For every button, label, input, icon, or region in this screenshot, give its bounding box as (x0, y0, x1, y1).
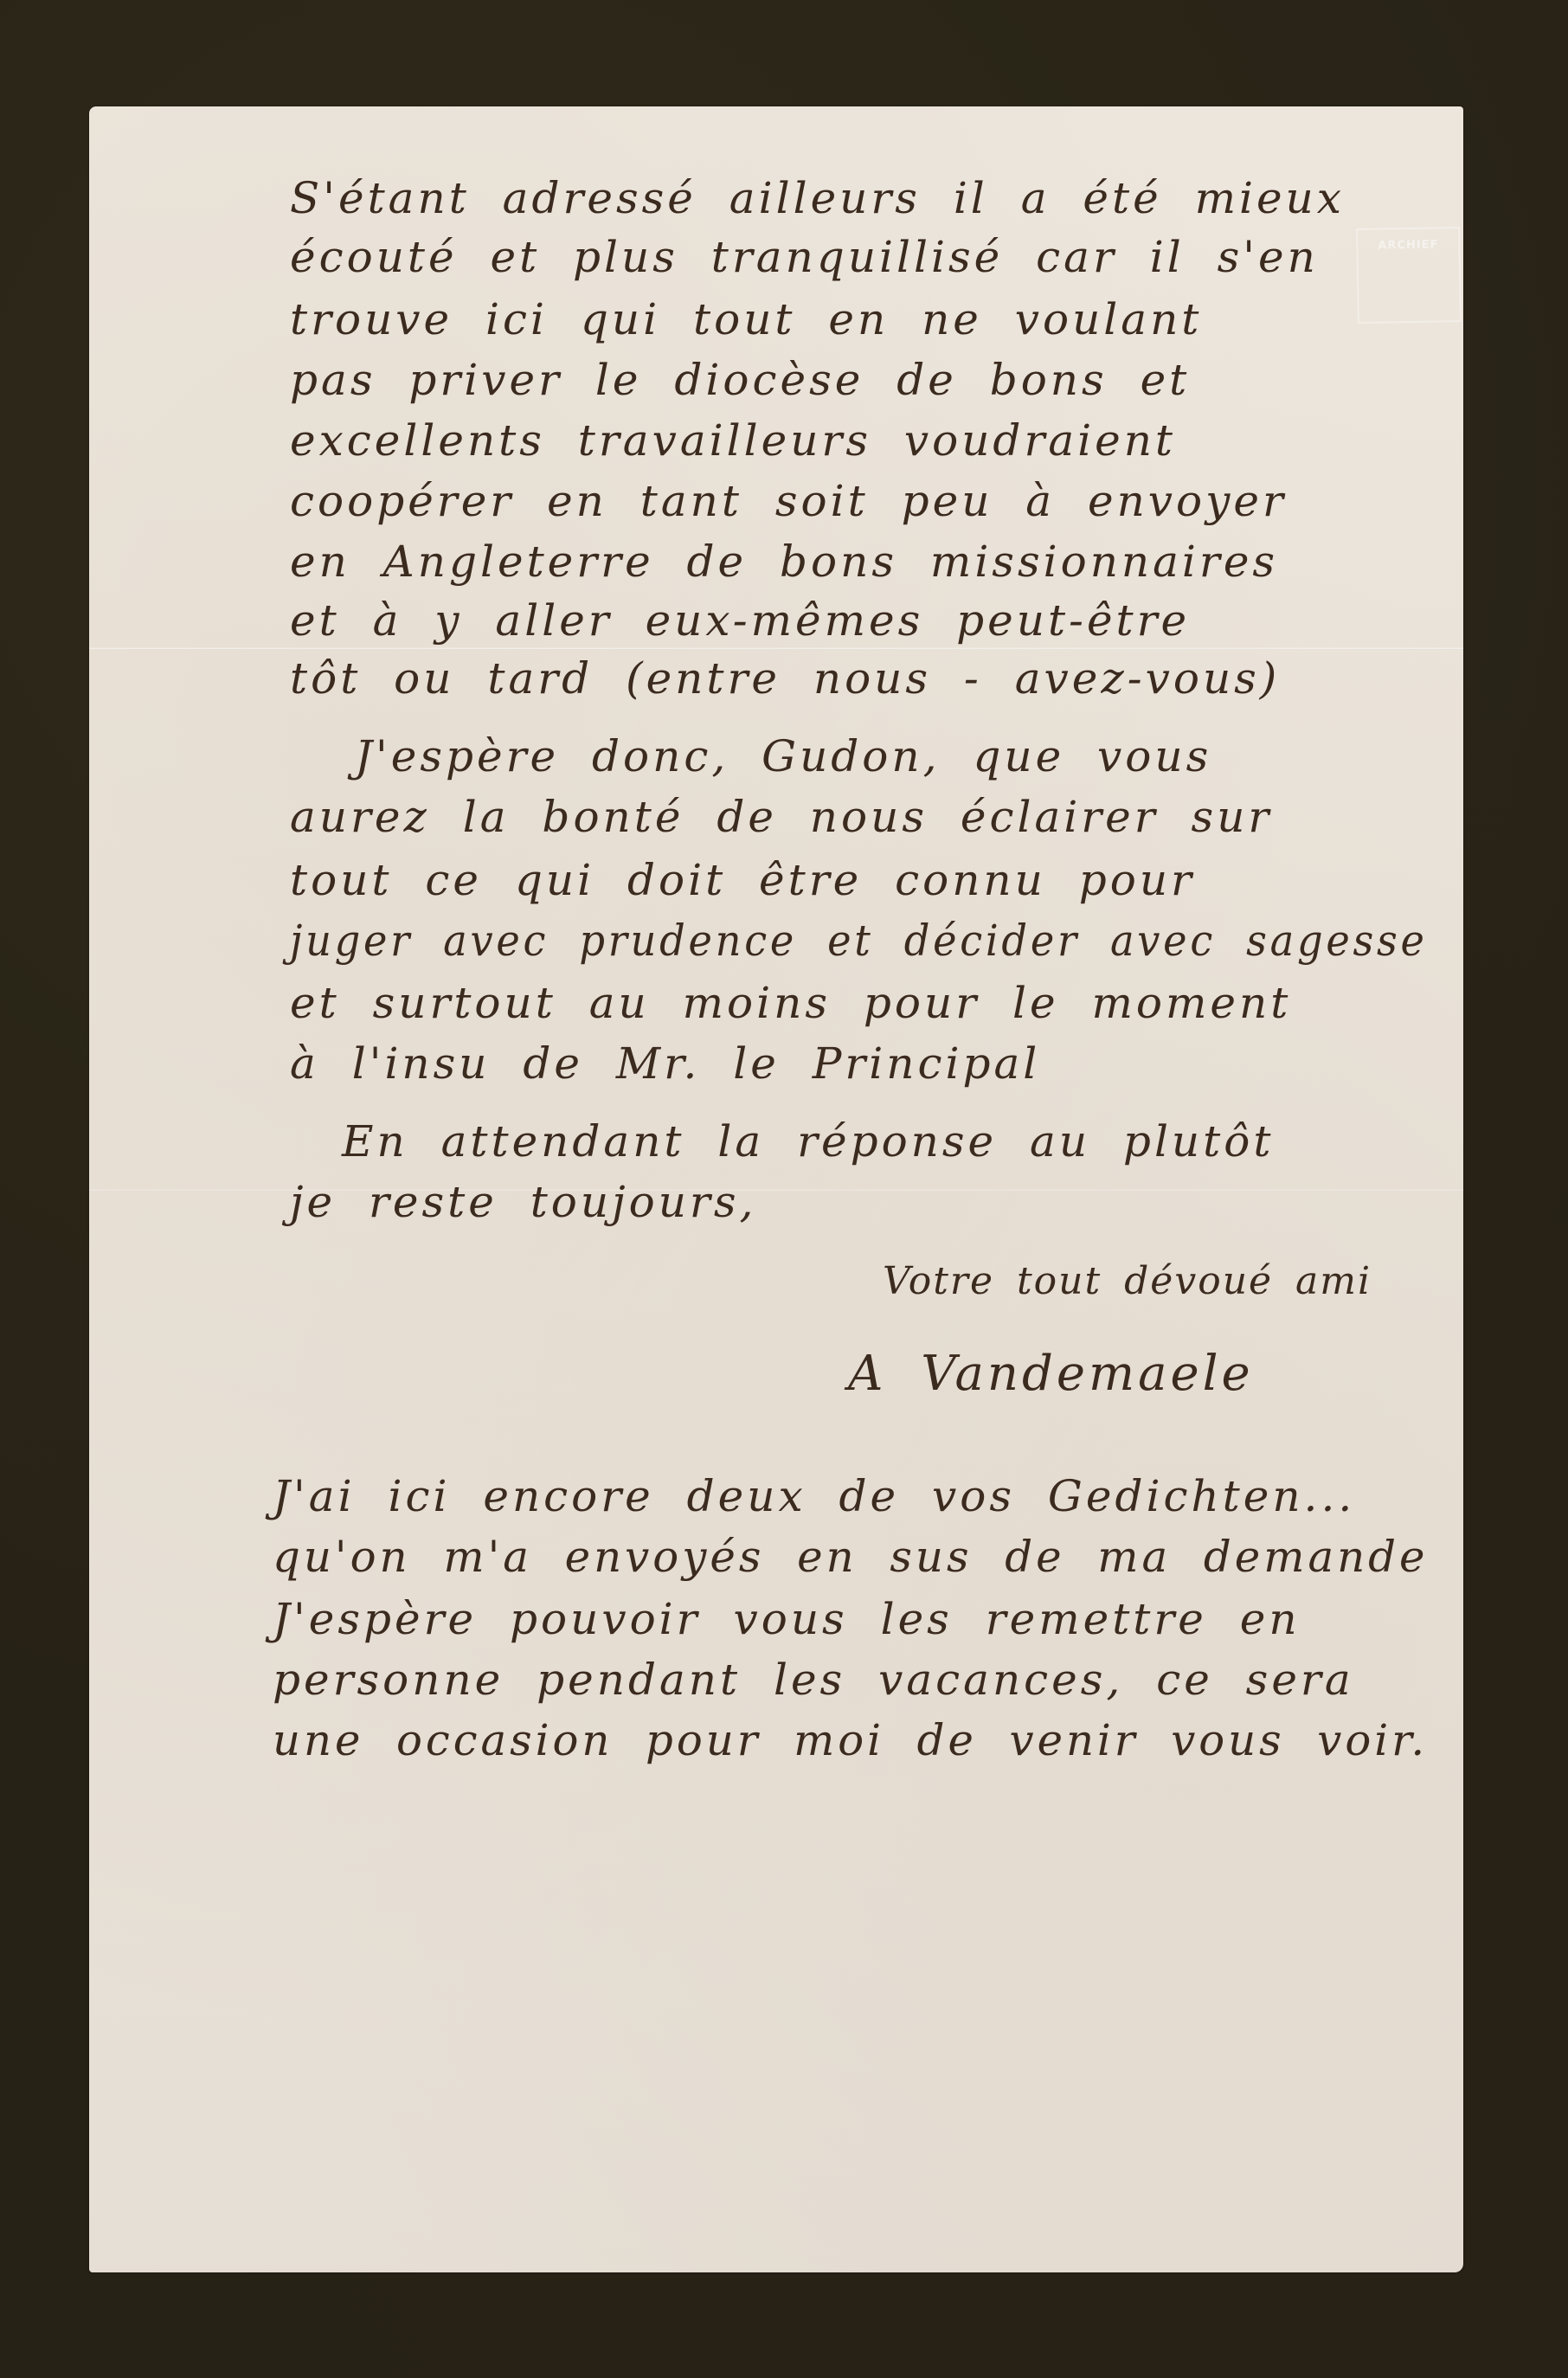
letter-line: juger avec prudence et décider avec sage… (290, 916, 1428, 966)
letter-line: En attendant la réponse au plutôt (342, 1116, 1274, 1167)
letter-line: et à y aller eux-mêmes peut-être (290, 595, 1190, 646)
signature: A Vandemaele (848, 1346, 1254, 1402)
postscript-line: une occasion pour moi de venir vous voir… (273, 1715, 1428, 1765)
letter-line: tout ce qui doit être connu pour (290, 855, 1195, 905)
stamp-text: ARCHIEF (1378, 238, 1438, 252)
postscript-line: personne pendant les vacances, ce sera (273, 1655, 1354, 1705)
closing-line: Votre tout dévoué ami (883, 1259, 1372, 1303)
letter-line: à l'insu de Mr. le Principal (290, 1038, 1040, 1089)
letter-line: J'espère donc, Gudon, que vous (355, 731, 1211, 781)
letter-line: pas priver le diocèse de bons et (290, 355, 1190, 405)
letter-line: je reste toujours, (290, 1177, 756, 1227)
letter-line: S'étant adressé ailleurs il a été mieux (290, 173, 1345, 223)
letter-line: écouté et plus tranquillisé car il s'en (290, 232, 1319, 282)
letter-line: trouve ici qui tout en ne voulant (290, 294, 1202, 344)
fold-line (89, 647, 1463, 650)
letter-line: tôt ou tard (entre nous - avez-vous) (290, 653, 1280, 704)
archive-stamp: ARCHIEF (1356, 227, 1462, 324)
letter-line: en Angleterre de bons missionnaires (290, 537, 1278, 587)
letter-line: coopérer en tant soit peu à envoyer (290, 476, 1287, 526)
letter-line: et surtout au moins pour le moment (290, 978, 1291, 1028)
letter-line: aurez la bonté de nous éclairer sur (290, 792, 1272, 842)
postscript-line: J'espère pouvoir vous les remettre en (273, 1594, 1301, 1644)
letter-line: excellents travailleurs voudraient (290, 415, 1176, 466)
postscript-line: J'ai ici encore deux de vos Gedichten... (273, 1471, 1355, 1521)
postscript-line: qu'on m'a envoyés en sus de ma demande (273, 1532, 1429, 1582)
